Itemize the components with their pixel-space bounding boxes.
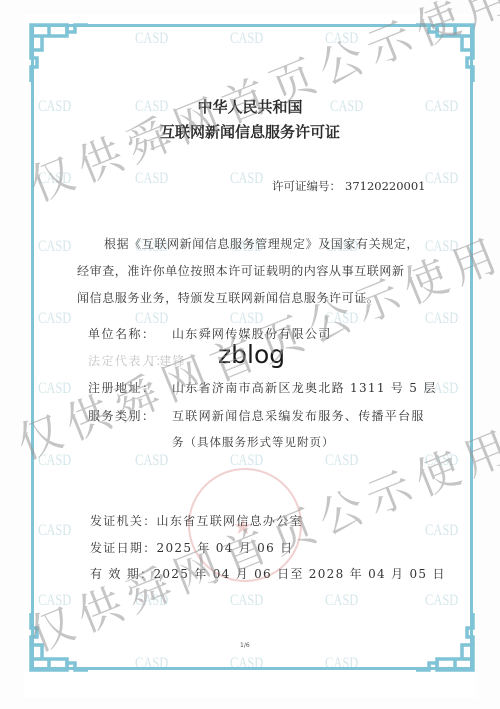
fret-corner-ornament — [416, 613, 476, 673]
license-number: 许可证编号：37120220001 — [272, 178, 425, 194]
field-label: 单位名称： — [88, 325, 156, 342]
license-number-value: 37120220001 — [345, 179, 425, 193]
body-paragraph-line: 根据《互联网新闻信息服务管理规定》及国家有关规定， — [104, 235, 434, 252]
page-number: 1/6 — [240, 642, 250, 649]
license-number-label: 许可证编号： — [272, 179, 341, 193]
fret-corner-ornament — [28, 22, 88, 82]
field-service-type-continued: 务（具体服务形式等见附页） — [172, 434, 335, 450]
field-value: 互联网新闻信息采编发布服务、传播平台服 — [172, 407, 425, 424]
issuer-label: 发证机关： — [90, 514, 157, 528]
